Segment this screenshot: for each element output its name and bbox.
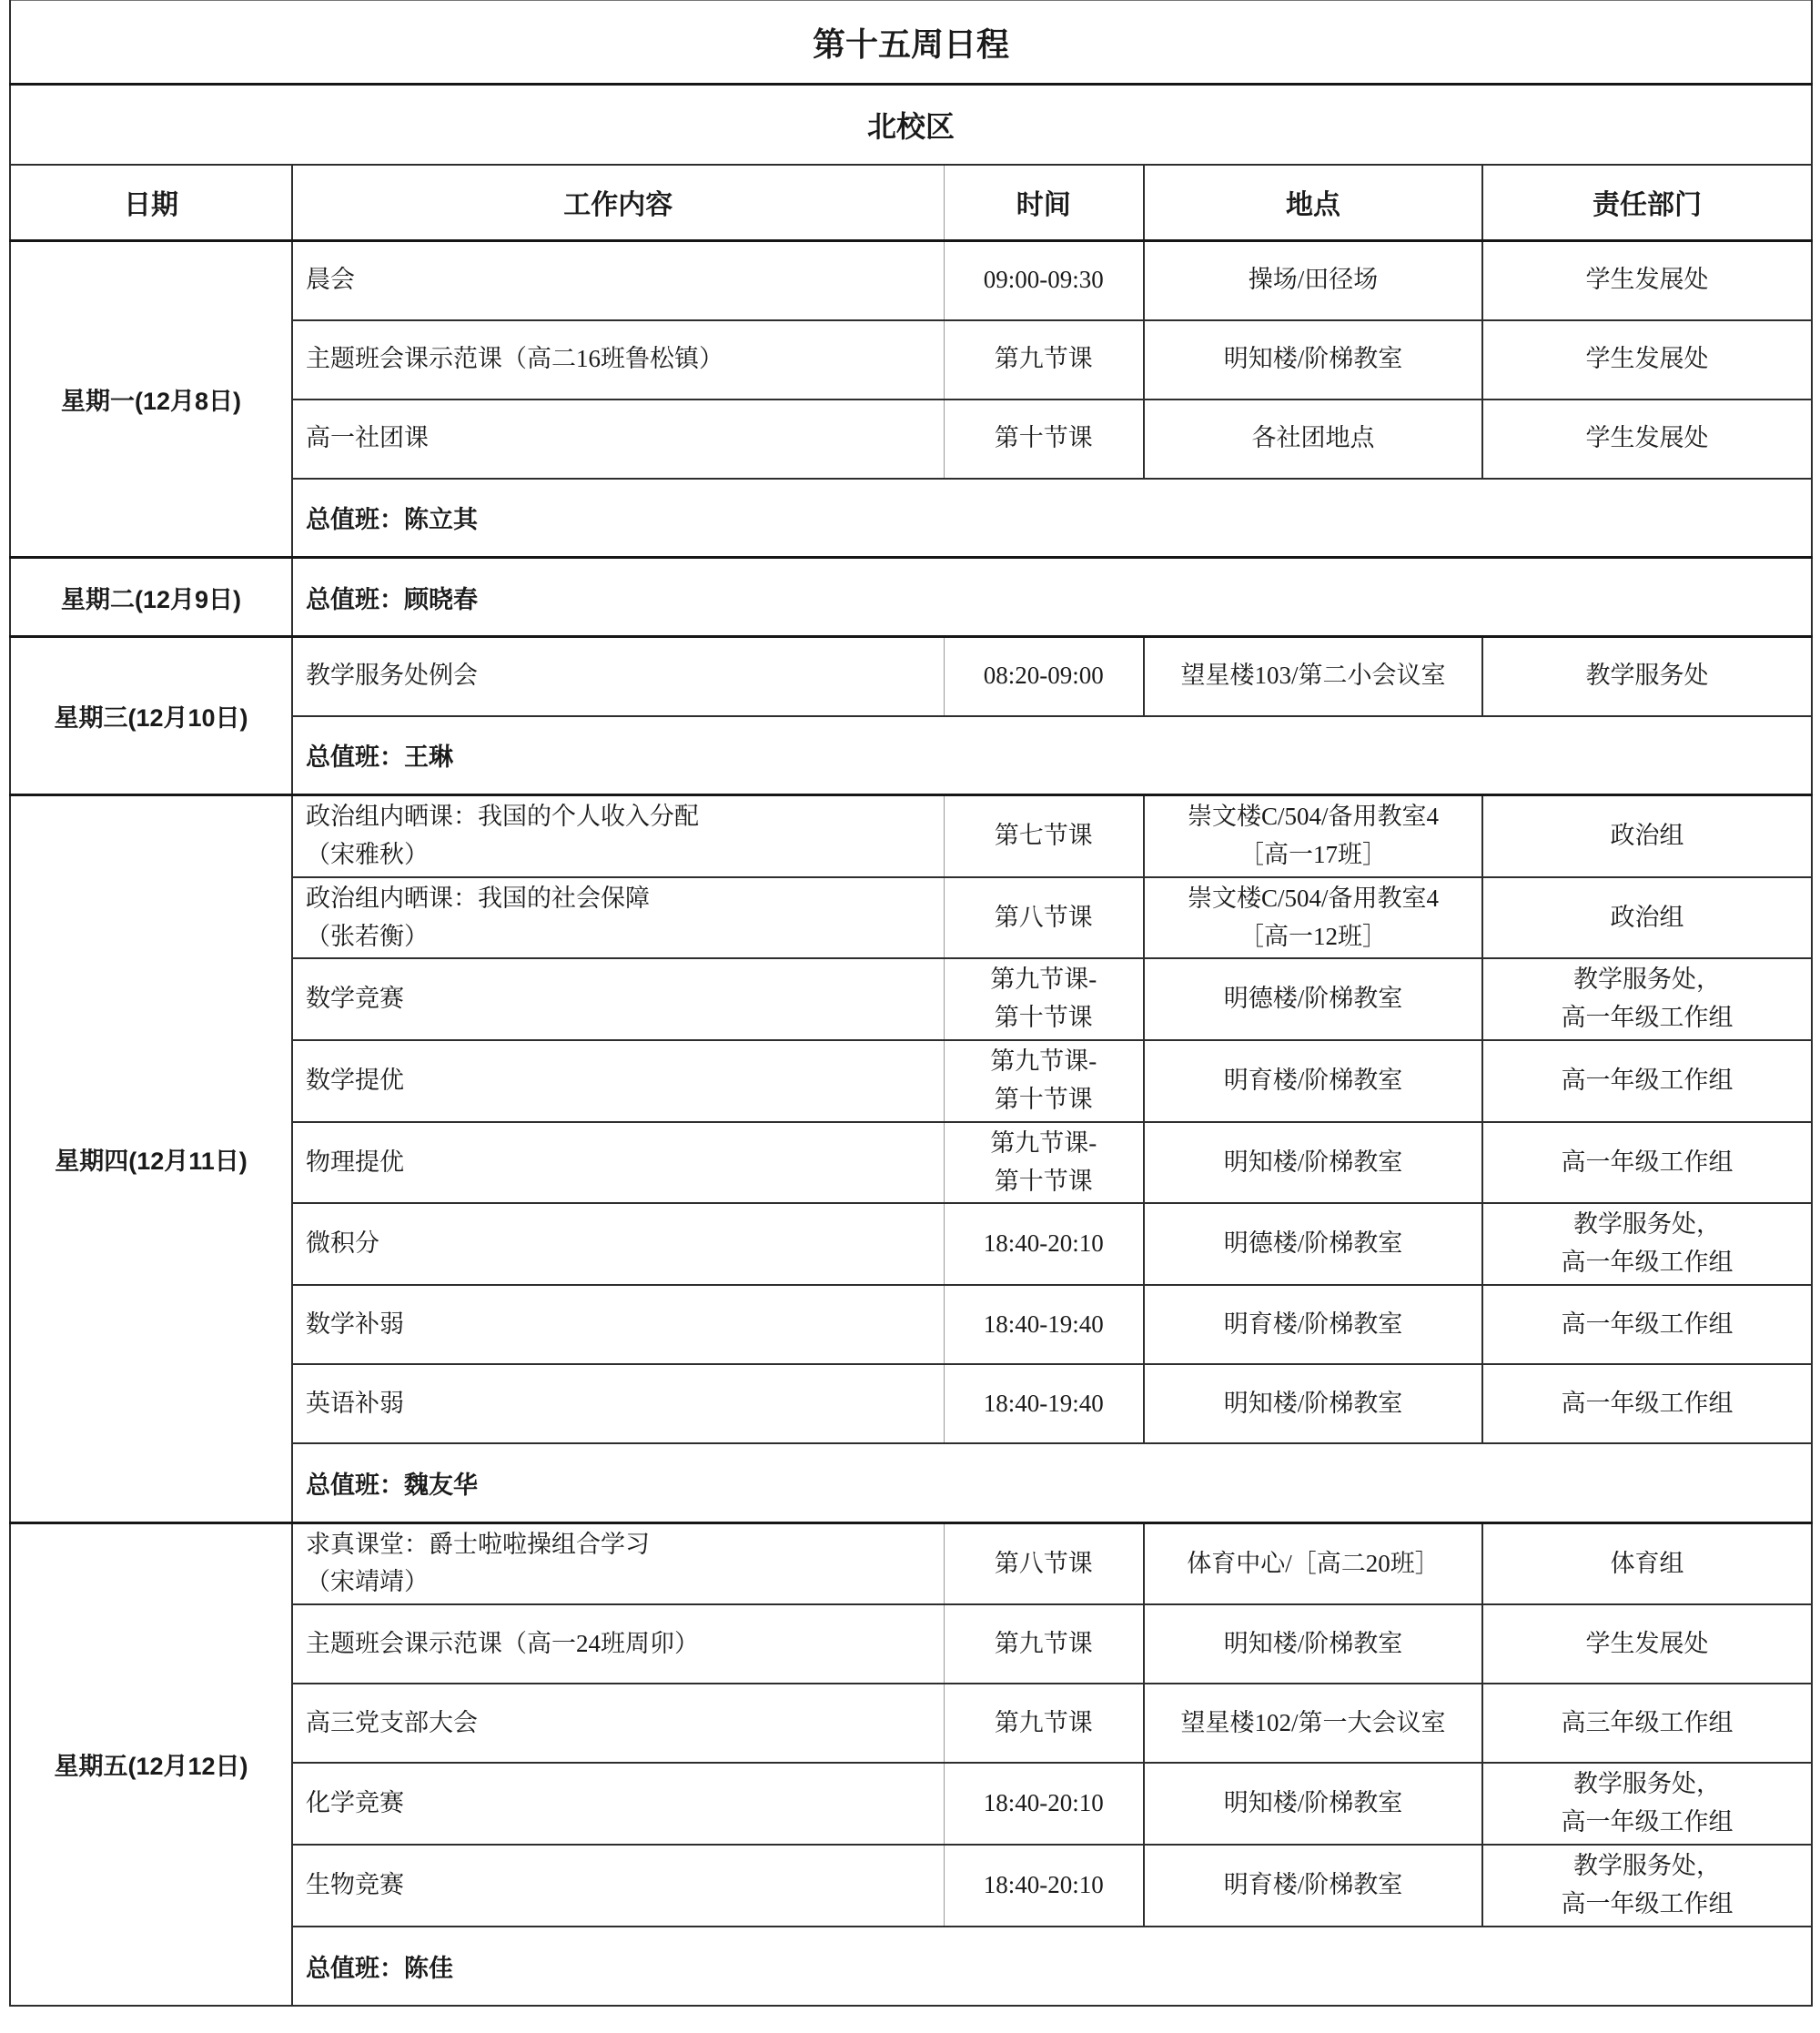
- day-label-cell: 星期五(12月12日): [10, 1522, 292, 2006]
- event-location-cell: 望星楼102/第一大会议室: [1144, 1684, 1482, 1763]
- event-time-cell: 第十节课: [944, 400, 1144, 479]
- event-department-cell: 学生发展处: [1482, 400, 1812, 479]
- duty-cell: 总值班：陈佳: [292, 1927, 1812, 2006]
- event-location-cell: 明育楼/阶梯教室: [1144, 1285, 1482, 1364]
- event-time-cell: 18:40-20:10: [944, 1203, 1144, 1285]
- day-label-cell: 星期四(12月11日): [10, 795, 292, 1523]
- event-department-cell: 高一年级工作组: [1482, 1122, 1812, 1204]
- event-time-cell: 第九节课: [944, 1604, 1144, 1684]
- day-row: 星期二(12月9日)总值班：顾晓春: [10, 558, 1812, 637]
- event-location-cell: 明知楼/阶梯教室: [1144, 320, 1482, 400]
- event-content-cell: 教学服务处例会: [292, 637, 944, 716]
- day-label-cell: 星期二(12月9日): [10, 558, 292, 637]
- event-time-cell: 18:40-20:10: [944, 1845, 1144, 1927]
- event-location-cell: 明知楼/阶梯教室: [1144, 1122, 1482, 1204]
- event-time-cell: 第九节课: [944, 320, 1144, 400]
- event-time-cell: 18:40-20:10: [944, 1763, 1144, 1845]
- event-content-cell: 数学补弱: [292, 1285, 944, 1364]
- column-header-department: 责任部门: [1482, 165, 1812, 241]
- duty-cell: 总值班：王琳: [292, 716, 1812, 795]
- event-content-cell: 晨会: [292, 241, 944, 320]
- schedule-table-body: 第十五周日程 北校区 日期 工作内容 时间 地点 责任部门 星期一(12月8日)…: [10, 1, 1812, 2006]
- schedule-table: 第十五周日程 北校区 日期 工作内容 时间 地点 责任部门 星期一(12月8日)…: [9, 0, 1813, 2007]
- event-time-cell: 第九节课- 第十节课: [944, 1040, 1144, 1122]
- event-location-cell: 明德楼/阶梯教室: [1144, 958, 1482, 1040]
- campus-title: 北校区: [10, 85, 1812, 165]
- event-department-cell: 高三年级工作组: [1482, 1684, 1812, 1763]
- event-content-cell: 数学提优: [292, 1040, 944, 1122]
- event-time-cell: 18:40-19:40: [944, 1285, 1144, 1364]
- event-department-cell: 教学服务处， 高一年级工作组: [1482, 1203, 1812, 1285]
- event-location-cell: 明育楼/阶梯教室: [1144, 1040, 1482, 1122]
- event-location-cell: 体育中心/［高二20班］: [1144, 1522, 1482, 1604]
- event-department-cell: 教学服务处， 高一年级工作组: [1482, 1763, 1812, 1845]
- event-content-cell: 政治组内晒课：我国的社会保障 （张若衡）: [292, 877, 944, 959]
- event-location-cell: 各社团地点: [1144, 400, 1482, 479]
- event-time-cell: 08:20-09:00: [944, 637, 1144, 716]
- event-row: 星期一(12月8日)晨会09:00-09:30操场/田径场学生发展处: [10, 241, 1812, 320]
- event-row: 星期三(12月10日)教学服务处例会08:20-09:00望星楼103/第二小会…: [10, 637, 1812, 716]
- column-header-content: 工作内容: [292, 165, 944, 241]
- event-time-cell: 09:00-09:30: [944, 241, 1144, 320]
- event-content-cell: 微积分: [292, 1203, 944, 1285]
- page-title: 第十五周日程: [10, 1, 1812, 85]
- event-time-cell: 第八节课: [944, 877, 1144, 959]
- event-department-cell: 体育组: [1482, 1522, 1812, 1604]
- event-department-cell: 高一年级工作组: [1482, 1364, 1812, 1443]
- event-time-cell: 第九节课: [944, 1684, 1144, 1763]
- duty-cell: 总值班：顾晓春: [292, 558, 1812, 637]
- event-location-cell: 明育楼/阶梯教室: [1144, 1845, 1482, 1927]
- event-time-cell: 第八节课: [944, 1522, 1144, 1604]
- event-content-cell: 英语补弱: [292, 1364, 944, 1443]
- event-content-cell: 高三党支部大会: [292, 1684, 944, 1763]
- event-row: 星期四(12月11日)政治组内晒课：我国的个人收入分配 （宋雅秋）第七节课崇文楼…: [10, 795, 1812, 877]
- day-label-cell: 星期三(12月10日): [10, 637, 292, 795]
- event-location-cell: 望星楼103/第二小会议室: [1144, 637, 1482, 716]
- event-department-cell: 政治组: [1482, 795, 1812, 877]
- event-content-cell: 政治组内晒课：我国的个人收入分配 （宋雅秋）: [292, 795, 944, 877]
- event-content-cell: 主题班会课示范课（高一24班周卯）: [292, 1604, 944, 1684]
- event-department-cell: 学生发展处: [1482, 241, 1812, 320]
- event-time-cell: 第九节课- 第十节课: [944, 958, 1144, 1040]
- event-content-cell: 高一社团课: [292, 400, 944, 479]
- event-department-cell: 教学服务处: [1482, 637, 1812, 716]
- event-location-cell: 明知楼/阶梯教室: [1144, 1763, 1482, 1845]
- event-time-cell: 第九节课- 第十节课: [944, 1122, 1144, 1204]
- event-department-cell: 教学服务处， 高一年级工作组: [1482, 958, 1812, 1040]
- event-department-cell: 政治组: [1482, 877, 1812, 959]
- day-label-cell: 星期一(12月8日): [10, 241, 292, 558]
- event-location-cell: 崇文楼C/504/备用教室4 ［高一17班］: [1144, 795, 1482, 877]
- column-header-time: 时间: [944, 165, 1144, 241]
- column-header-row: 日期 工作内容 时间 地点 责任部门: [10, 165, 1812, 241]
- campus-row: 北校区: [10, 85, 1812, 165]
- event-department-cell: 学生发展处: [1482, 320, 1812, 400]
- event-time-cell: 18:40-19:40: [944, 1364, 1144, 1443]
- event-content-cell: 物理提优: [292, 1122, 944, 1204]
- column-header-date: 日期: [10, 165, 292, 241]
- event-time-cell: 第七节课: [944, 795, 1144, 877]
- event-department-cell: 高一年级工作组: [1482, 1040, 1812, 1122]
- event-department-cell: 高一年级工作组: [1482, 1285, 1812, 1364]
- event-content-cell: 数学竞赛: [292, 958, 944, 1040]
- weekly-schedule: 第十五周日程 北校区 日期 工作内容 时间 地点 责任部门 星期一(12月8日)…: [9, 0, 1811, 2007]
- event-department-cell: 学生发展处: [1482, 1604, 1812, 1684]
- title-row: 第十五周日程: [10, 1, 1812, 85]
- event-location-cell: 操场/田径场: [1144, 241, 1482, 320]
- event-location-cell: 明知楼/阶梯教室: [1144, 1364, 1482, 1443]
- event-content-cell: 求真课堂：爵士啦啦操组合学习 （宋靖靖）: [292, 1522, 944, 1604]
- event-content-cell: 化学竞赛: [292, 1763, 944, 1845]
- event-location-cell: 崇文楼C/504/备用教室4 ［高一12班］: [1144, 877, 1482, 959]
- duty-cell: 总值班：魏友华: [292, 1443, 1812, 1522]
- duty-cell: 总值班：陈立其: [292, 479, 1812, 558]
- event-location-cell: 明知楼/阶梯教室: [1144, 1604, 1482, 1684]
- event-location-cell: 明德楼/阶梯教室: [1144, 1203, 1482, 1285]
- column-header-location: 地点: [1144, 165, 1482, 241]
- event-row: 星期五(12月12日)求真课堂：爵士啦啦操组合学习 （宋靖靖）第八节课体育中心/…: [10, 1522, 1812, 1604]
- event-department-cell: 教学服务处， 高一年级工作组: [1482, 1845, 1812, 1927]
- event-content-cell: 生物竞赛: [292, 1845, 944, 1927]
- event-content-cell: 主题班会课示范课（高二16班鲁松镇）: [292, 320, 944, 400]
